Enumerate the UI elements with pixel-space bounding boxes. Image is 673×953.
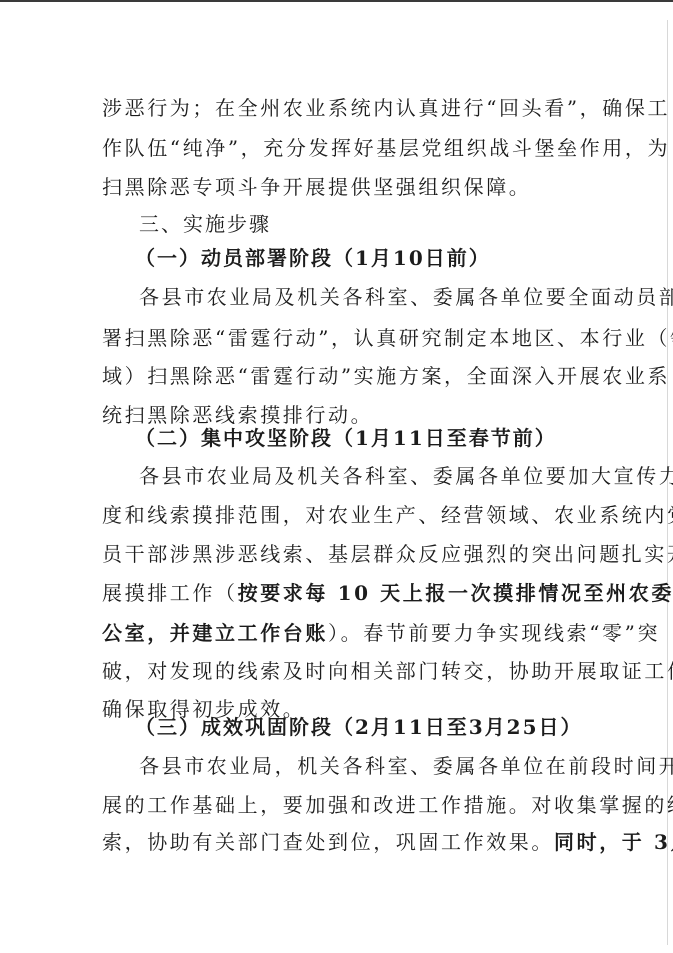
text-normal: 展摸排工作（ xyxy=(102,581,238,605)
paragraph-line: 各县市农业局及机关各科室、委属各单位要全面动员部 xyxy=(139,284,562,310)
paragraph-line: 署扫黑除恶“雷霆行动”，认真研究制定本地区、本行业（领 xyxy=(102,325,562,351)
paragraph-line: 破，对发现的线索及时向相关部门转交，协助开展取证工作， xyxy=(102,658,562,684)
paragraph-line: 索，协助有关部门查处到位，巩固工作效果。同时，于 3月 xyxy=(102,829,562,855)
stage2-title: （二）集中攻坚阶段（1月11日至春节前） xyxy=(135,425,557,451)
paragraph-line: 域）扫黑除恶“雷霆行动”实施方案，全面深入开展农业系 xyxy=(102,363,562,389)
stage1-title: （一）动员部署阶段（1月10日前） xyxy=(135,245,491,271)
paragraph-line: 公室，并建立工作台账）。春节前要力争实现线索“零”突 xyxy=(102,620,562,646)
stage3-title: （三）成效巩固阶段（2月11日至3月25日） xyxy=(135,714,583,740)
text-bold: 公室，并建立工作台账 xyxy=(102,621,328,645)
paragraph-line: 度和线索摸排范围，对农业生产、经营领域、农业系统内党 xyxy=(102,502,562,528)
paragraph-line: 展的工作基础上，要加强和改进工作措施。对收集掌握的线 xyxy=(102,792,562,818)
section-heading: 三、实施步骤 xyxy=(139,211,271,237)
paragraph-line: 涉恶行为；在全州农业系统内认真进行“回头看”，确保工 xyxy=(102,95,562,121)
paragraph-line: 展摸排工作（按要求每 10 天上报一次摸排情况至州农委办 xyxy=(102,580,562,606)
paragraph-line: 扫黑除恶专项斗争开展提供坚强组织保障。 xyxy=(102,174,562,200)
text-normal: 索，协助有关部门查处到位，巩固工作效果。 xyxy=(102,830,554,854)
paragraph-line: 各县市农业局及机关各科室、委属各单位要加大宣传力 xyxy=(139,463,562,489)
text-bold: 按要求每 10 天上报一次摸排情况至州农委办 xyxy=(238,581,673,605)
paragraph-line: 作队伍“纯净”，充分发挥好基层党组织战斗堡垒作用，为 xyxy=(102,135,562,161)
text-bold: 同时，于 3月 xyxy=(554,830,673,854)
text-normal: ）。春节前要力争实现线索“零”突 xyxy=(328,621,660,645)
document-page: 涉恶行为；在全州农业系统内认真进行“回头看”，确保工 作队伍“纯净”，充分发挥好… xyxy=(0,0,673,953)
paragraph-line: 各县市农业局，机关各科室、委属各单位在前段时间开 xyxy=(139,753,562,779)
paragraph-line: 员干部涉黑涉恶线索、基层群众反应强烈的突出问题扎实开 xyxy=(102,541,562,567)
